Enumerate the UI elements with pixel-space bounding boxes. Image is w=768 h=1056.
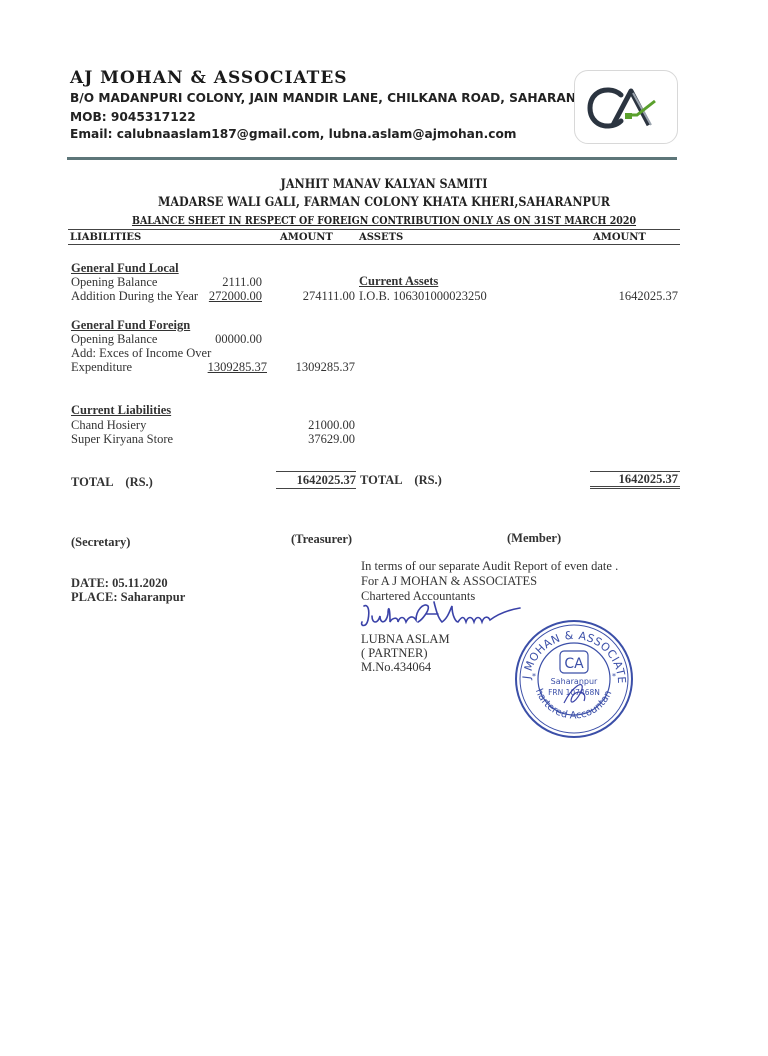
svg-text:Saharanpur: Saharanpur bbox=[551, 677, 598, 686]
document-place: PLACE: Saharanpur bbox=[71, 590, 185, 605]
column-header-amount-left: AMOUNT bbox=[280, 232, 333, 243]
section-heading-current-assets: Current Assets bbox=[359, 274, 438, 289]
total-rule-bottom-double bbox=[590, 488, 680, 489]
total-rule-bottom bbox=[590, 486, 680, 487]
row-label: Super Kiryana Store bbox=[71, 432, 173, 447]
assets-total-label: TOTAL (RS.) bbox=[360, 473, 442, 488]
partner-role: ( PARTNER) bbox=[361, 646, 428, 661]
row-amount: 274111.00 bbox=[280, 289, 355, 304]
column-header-amount-right: AMOUNT bbox=[593, 232, 646, 243]
row-label: Addition During the Year bbox=[71, 289, 198, 304]
firm-address: B/O MADANPURI COLONY, JAIN MANDIR LANE, … bbox=[70, 91, 604, 105]
firm-name: AJ MOHAN & ASSOCIATES bbox=[70, 68, 348, 88]
asset-amount: 1642025.37 bbox=[560, 289, 678, 304]
table-header-bottom-rule bbox=[68, 244, 680, 245]
assets-total: 1642025.37 bbox=[590, 472, 678, 487]
for-firm: For A J MOHAN & ASSOCIATES bbox=[361, 574, 537, 589]
row-label: Expenditure bbox=[71, 360, 132, 375]
secretary-label: (Secretary) bbox=[71, 535, 130, 550]
table-header-top-rule bbox=[68, 229, 680, 230]
row-sub-amount: 00000.00 bbox=[190, 332, 262, 347]
partner-signature bbox=[358, 596, 528, 636]
liabilities-total-label: TOTAL (RS.) bbox=[71, 475, 153, 490]
svg-text:*: * bbox=[612, 672, 616, 681]
total-rule-bottom bbox=[276, 488, 356, 489]
balance-sheet-title: BALANCE SHEET IN RESPECT OF FOREIGN CONT… bbox=[54, 214, 714, 227]
treasurer-label: (Treasurer) bbox=[291, 532, 352, 547]
asset-label: I.O.B. 106301000023250 bbox=[359, 289, 487, 304]
organization-address: MADARSE WALI GALI, FARMAN COLONY KHATA K… bbox=[54, 195, 714, 210]
firm-email: Email: calubnaaslam187@gmail.com, lubna.… bbox=[70, 127, 517, 141]
firm-mobile: MOB: 9045317122 bbox=[70, 110, 196, 124]
row-label: Opening Balance bbox=[71, 332, 157, 347]
row-sub-amount: 1309285.37 bbox=[190, 360, 267, 375]
row-amount: 1309285.37 bbox=[280, 360, 355, 375]
svg-text:CA: CA bbox=[564, 656, 584, 672]
row-sub-amount: 2111.00 bbox=[190, 275, 262, 290]
document-date: DATE: 05.11.2020 bbox=[71, 576, 168, 591]
liabilities-total: 1642025.37 bbox=[276, 473, 356, 488]
audit-note: In terms of our separate Audit Report of… bbox=[361, 559, 618, 574]
member-label: (Member) bbox=[507, 531, 561, 546]
column-header-liabilities: LIABILITIES bbox=[70, 232, 141, 243]
letterhead-divider bbox=[67, 157, 677, 160]
ca-logo-icon bbox=[574, 70, 678, 144]
total-rule-top bbox=[276, 471, 356, 472]
column-header-assets: ASSETS bbox=[359, 232, 403, 243]
section-heading-current-liabilities: Current Liabilities bbox=[71, 403, 171, 418]
row-sub-amount: 272000.00 bbox=[190, 289, 262, 304]
row-amount: 21000.00 bbox=[280, 418, 355, 433]
membership-number: M.No.434064 bbox=[361, 660, 431, 675]
row-label: Add: Exces of Income Over bbox=[71, 346, 211, 361]
svg-text:*: * bbox=[532, 672, 536, 681]
row-label: Opening Balance bbox=[71, 275, 157, 290]
organization-name: JANHIT MANAV KALYAN SAMITI bbox=[54, 177, 714, 192]
section-heading-general-fund-foreign: General Fund Foreign bbox=[71, 318, 190, 333]
row-label: Chand Hosiery bbox=[71, 418, 146, 433]
row-amount: 37629.00 bbox=[280, 432, 355, 447]
partner-name: LUBNA ASLAM bbox=[361, 632, 450, 647]
section-heading-general-fund-local: General Fund Local bbox=[71, 261, 179, 276]
firm-stamp: A J MOHAN & ASSOCIATES Chartered Account… bbox=[512, 617, 636, 741]
